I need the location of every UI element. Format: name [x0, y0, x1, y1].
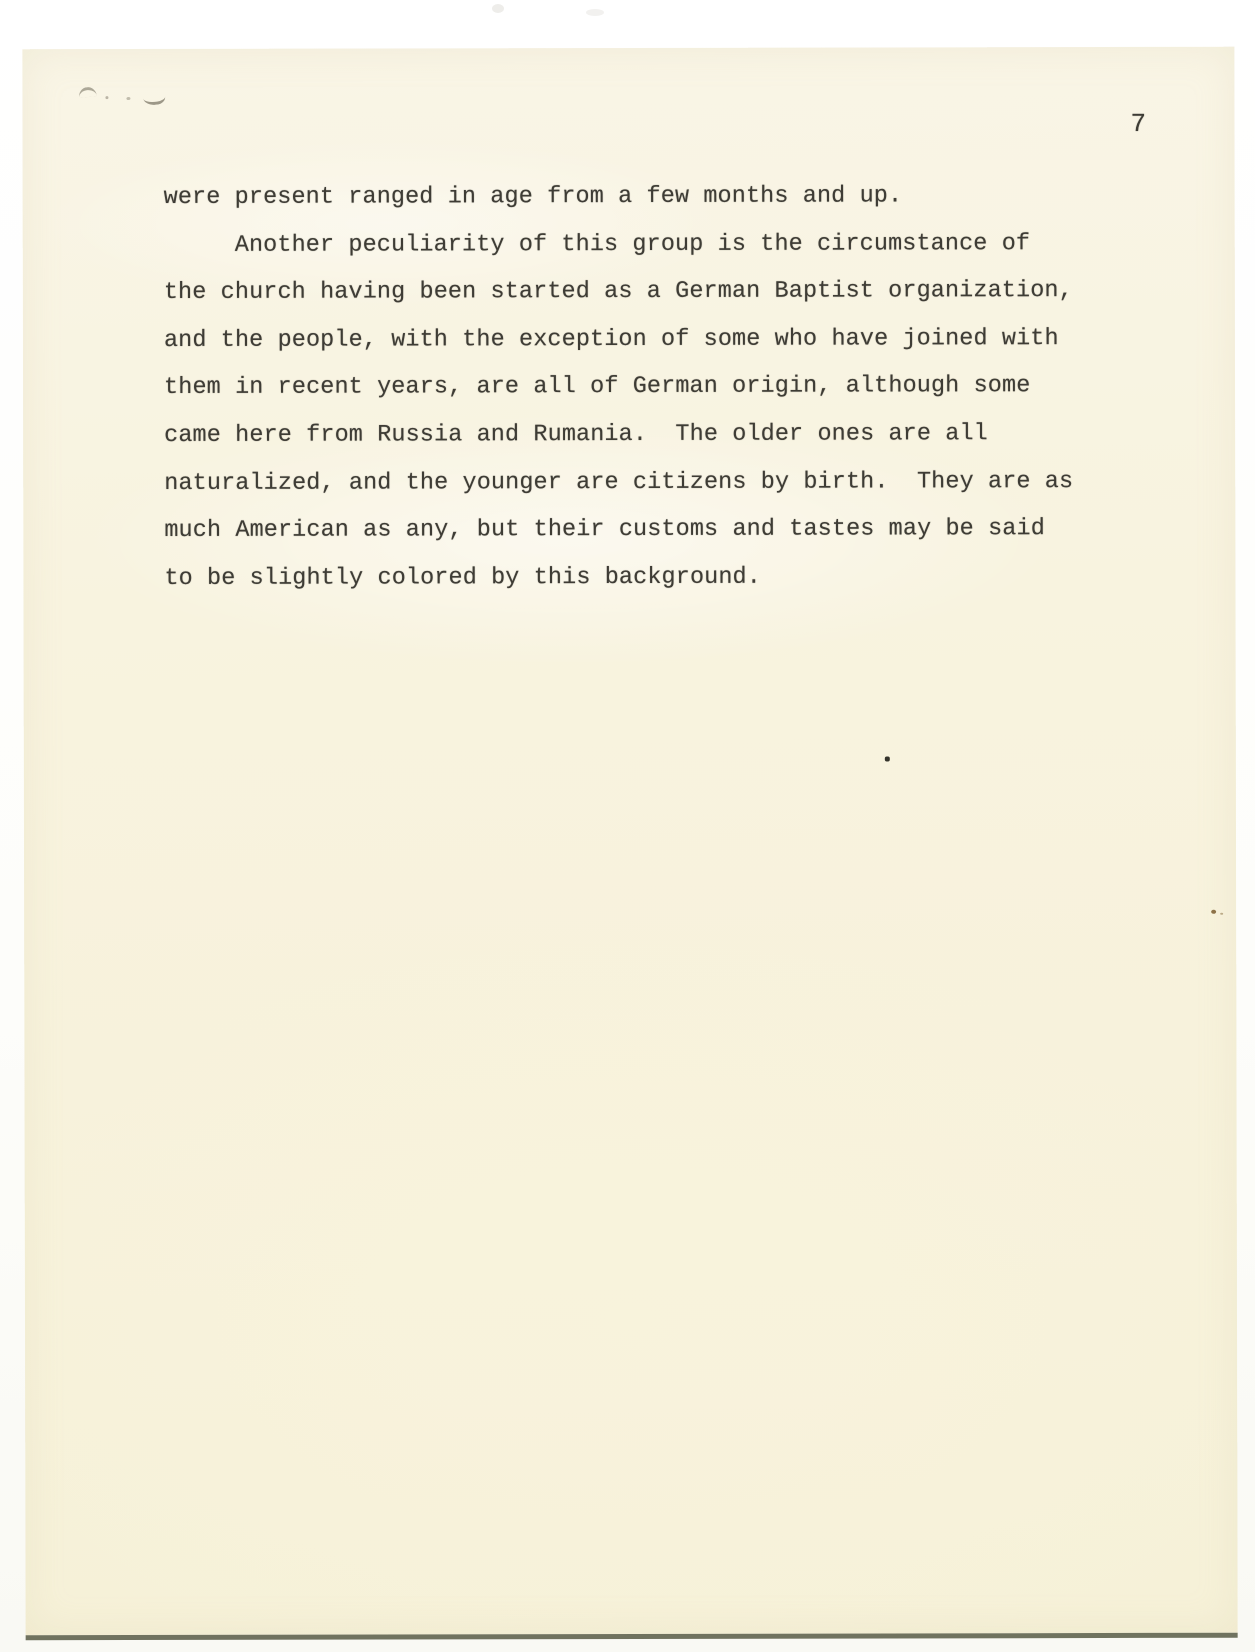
scanned-document: 7 were present ranged in age from a few …: [0, 0, 1255, 1652]
text-line: were present ranged in age from a few mo…: [164, 172, 1124, 222]
text-line: them in recent years, are all of German …: [164, 362, 1124, 412]
text-line: naturalized, and the younger are citizen…: [164, 458, 1124, 508]
ink-speck: [885, 756, 890, 761]
pencil-smudge: [105, 96, 108, 99]
text-line: much American as any, but their customs …: [164, 505, 1124, 555]
text-line: and the people, with the exception of so…: [164, 315, 1124, 365]
pencil-smudge: [143, 92, 166, 107]
ink-speck: [1211, 910, 1216, 914]
scan-speck: [492, 4, 504, 13]
text-line: to be slightly colored by this backgroun…: [164, 553, 1124, 603]
page-number: 7: [1130, 109, 1146, 139]
text-line: came here from Russia and Rumania. The o…: [164, 410, 1124, 460]
pencil-smudge: [126, 97, 130, 100]
typewritten-text: were present ranged in age from a few mo…: [164, 172, 1125, 602]
ink-speck: [1220, 913, 1223, 915]
text-line: Another peculiarity of this group is the…: [164, 220, 1124, 270]
pencil-smudge: [78, 86, 97, 98]
scan-speck: [586, 9, 604, 16]
paper-sheet: 7 were present ranged in age from a few …: [22, 47, 1237, 1641]
text-line: the church having been started as a Germ…: [164, 267, 1124, 317]
